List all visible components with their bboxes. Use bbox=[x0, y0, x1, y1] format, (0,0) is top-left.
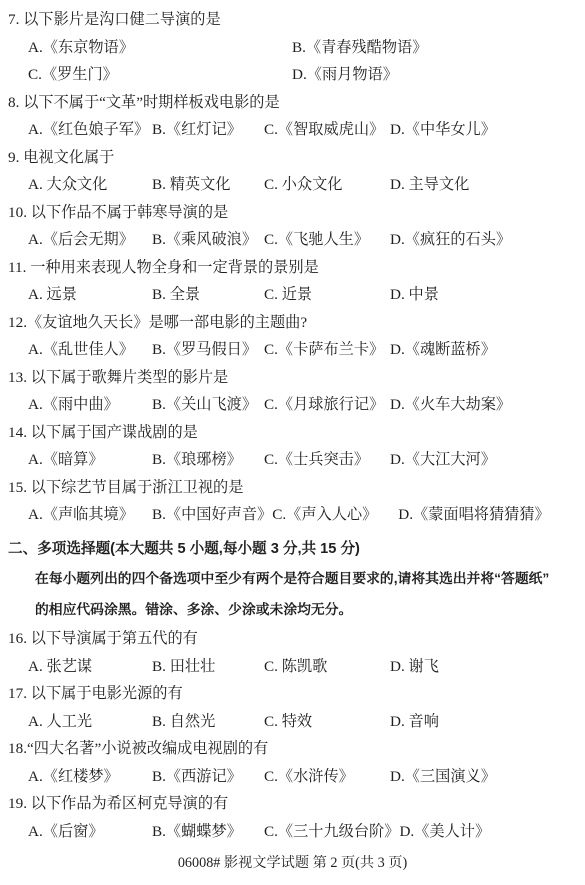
question-7-option-D: D.《雨月物语》 bbox=[292, 61, 398, 89]
question-7: 7. 以下影片是沟口健二导演的是A.《东京物语》B.《青春残酷物语》C.《罗生门… bbox=[8, 6, 577, 89]
question-19: 19. 以下作品为希区柯克导演的有A.《后窗》B.《蝴蝶梦》C.《三十九级台阶》… bbox=[8, 790, 577, 845]
question-12-option-A: A.《乱世佳人》 bbox=[28, 336, 152, 364]
question-7-options-row: A.《东京物语》B.《青春残酷物语》 bbox=[28, 34, 577, 62]
question-11-option-C: C. 近景 bbox=[264, 281, 390, 309]
question-14-options-row: A.《暗算》B.《琅琊榜》C.《士兵突击》D.《大江大河》 bbox=[28, 446, 577, 474]
question-15-option-A: A.《声临其境》 bbox=[28, 501, 152, 529]
question-9: 9. 电视文化属于A. 大众文化B. 精英文化C. 小众文化D. 主导文化 bbox=[8, 144, 577, 199]
question-7-option-A: A.《东京物语》 bbox=[28, 34, 292, 62]
question-10: 10. 以下作品不属于韩寒导演的是A.《后会无期》B.《乘风破浪》C.《飞驰人生… bbox=[8, 199, 577, 254]
question-18-option-D: D.《三国演义》 bbox=[390, 763, 496, 791]
question-13-options-row: A.《雨中曲》B.《关山飞渡》C.《月球旅行记》D.《火车大劫案》 bbox=[28, 391, 577, 419]
question-15-option-D: D.《蒙面唱将猜猜猜》 bbox=[398, 501, 549, 529]
page-footer: 06008# 影视文学试题 第 2 页(共 3 页) bbox=[8, 850, 577, 876]
question-17-option-C: C. 特效 bbox=[264, 708, 390, 736]
question-16-option-A: A. 张艺谋 bbox=[28, 653, 152, 681]
question-9-stem: 9. 电视文化属于 bbox=[8, 144, 577, 172]
question-12: 12.《友谊地久天长》是哪一部电影的主题曲?A.《乱世佳人》B.《罗马假日》C.… bbox=[8, 309, 577, 364]
question-13-option-C: C.《月球旅行记》 bbox=[264, 391, 390, 419]
question-11-option-B: B. 全景 bbox=[152, 281, 264, 309]
question-19-option-C: C.《三十九级台阶》 bbox=[264, 818, 399, 846]
question-14-option-B: B.《琅琊榜》 bbox=[152, 446, 264, 474]
question-18-option-C: C.《水浒传》 bbox=[264, 763, 390, 791]
question-8-option-A: A.《红色娘子军》 bbox=[28, 116, 152, 144]
question-10-stem: 10. 以下作品不属于韩寒导演的是 bbox=[8, 199, 577, 227]
question-19-stem: 19. 以下作品为希区柯克导演的有 bbox=[8, 790, 577, 818]
question-8-stem: 8. 以下不属于“文革”时期样板戏电影的是 bbox=[8, 89, 577, 117]
question-17-option-D: D. 音响 bbox=[390, 708, 439, 736]
question-16-options-row: A. 张艺谋B. 田壮壮C. 陈凯歌D. 谢飞 bbox=[28, 653, 577, 681]
question-13-stem: 13. 以下属于歌舞片类型的影片是 bbox=[8, 364, 577, 392]
question-15-option-C: C.《声入人心》 bbox=[272, 501, 398, 529]
question-11-stem: 11. 一种用来表现人物全身和一定背景的景别是 bbox=[8, 254, 577, 282]
question-12-option-C: C.《卡萨布兰卡》 bbox=[264, 336, 390, 364]
question-18-option-A: A.《红楼梦》 bbox=[28, 763, 152, 791]
question-9-option-C: C. 小众文化 bbox=[264, 171, 390, 199]
question-16-stem: 16. 以下导演属于第五代的有 bbox=[8, 625, 577, 653]
question-19-option-A: A.《后窗》 bbox=[28, 818, 152, 846]
exam-page: 7. 以下影片是沟口健二导演的是A.《东京物语》B.《青春残酷物语》C.《罗生门… bbox=[0, 0, 585, 885]
question-13-option-D: D.《火车大劫案》 bbox=[390, 391, 511, 419]
question-17-option-A: A. 人工光 bbox=[28, 708, 152, 736]
question-14: 14. 以下属于国产谍战剧的是A.《暗算》B.《琅琊榜》C.《士兵突击》D.《大… bbox=[8, 419, 577, 474]
question-18-option-B: B.《西游记》 bbox=[152, 763, 264, 791]
question-14-option-C: C.《士兵突击》 bbox=[264, 446, 390, 474]
question-14-stem: 14. 以下属于国产谍战剧的是 bbox=[8, 419, 577, 447]
question-17-option-B: B. 自然光 bbox=[152, 708, 264, 736]
question-7-options-row: C.《罗生门》D.《雨月物语》 bbox=[28, 61, 577, 89]
multi-choice-section-title: 二、多项选择题(本大题共 5 小题,每小题 3 分,共 15 分) bbox=[8, 536, 577, 564]
question-10-option-C: C.《飞驰人生》 bbox=[264, 226, 390, 254]
question-17-options-row: A. 人工光B. 自然光C. 特效D. 音响 bbox=[28, 708, 577, 736]
question-7-option-C: C.《罗生门》 bbox=[28, 61, 292, 89]
question-13: 13. 以下属于歌舞片类型的影片是A.《雨中曲》B.《关山飞渡》C.《月球旅行记… bbox=[8, 364, 577, 419]
question-10-option-B: B.《乘风破浪》 bbox=[152, 226, 264, 254]
question-16-option-C: C. 陈凯歌 bbox=[264, 653, 390, 681]
question-16-option-D: D. 谢飞 bbox=[390, 653, 439, 681]
question-11-options-row: A. 远景B. 全景C. 近景D. 中景 bbox=[28, 281, 577, 309]
question-12-stem: 12.《友谊地久天长》是哪一部电影的主题曲? bbox=[8, 309, 577, 337]
question-8-options-row: A.《红色娘子军》B.《红灯记》C.《智取威虎山》D.《中华女儿》 bbox=[28, 116, 577, 144]
question-18-stem: 18.“四大名著”小说被改编成电视剧的有 bbox=[8, 735, 577, 763]
question-15-options-row: A.《声临其境》B.《中国好声音》C.《声入人心》D.《蒙面唱将猜猜猜》 bbox=[28, 501, 577, 529]
question-14-option-D: D.《大江大河》 bbox=[390, 446, 496, 474]
question-13-option-A: A.《雨中曲》 bbox=[28, 391, 152, 419]
question-18-options-row: A.《红楼梦》B.《西游记》C.《水浒传》D.《三国演义》 bbox=[28, 763, 577, 791]
single-choice-question-list: 7. 以下影片是沟口健二导演的是A.《东京物语》B.《青春残酷物语》C.《罗生门… bbox=[8, 6, 577, 529]
instruction-line-1: 在每小题列出的四个备选项中至少有两个是符合题目要求的,请将其选出并将“答题纸” bbox=[35, 563, 577, 594]
question-16: 16. 以下导演属于第五代的有A. 张艺谋B. 田壮壮C. 陈凯歌D. 谢飞 bbox=[8, 625, 577, 680]
question-9-option-B: B. 精英文化 bbox=[152, 171, 264, 199]
question-15: 15. 以下综艺节目属于浙江卫视的是A.《声临其境》B.《中国好声音》C.《声入… bbox=[8, 474, 577, 529]
question-10-option-D: D.《疯狂的石头》 bbox=[390, 226, 511, 254]
question-19-option-D: D.《美人计》 bbox=[399, 818, 490, 846]
multi-choice-instructions: 在每小题列出的四个备选项中至少有两个是符合题目要求的,请将其选出并将“答题纸” … bbox=[35, 563, 577, 625]
question-14-option-A: A.《暗算》 bbox=[28, 446, 152, 474]
question-8-option-C: C.《智取威虎山》 bbox=[264, 116, 390, 144]
question-16-option-B: B. 田壮壮 bbox=[152, 653, 264, 681]
multi-choice-question-list: 16. 以下导演属于第五代的有A. 张艺谋B. 田壮壮C. 陈凯歌D. 谢飞17… bbox=[8, 625, 577, 845]
question-9-option-D: D. 主导文化 bbox=[390, 171, 469, 199]
question-15-option-B: B.《中国好声音》 bbox=[152, 501, 272, 529]
question-15-stem: 15. 以下综艺节目属于浙江卫视的是 bbox=[8, 474, 577, 502]
question-12-option-B: B.《罗马假日》 bbox=[152, 336, 264, 364]
question-7-stem: 7. 以下影片是沟口健二导演的是 bbox=[8, 6, 577, 34]
question-19-option-B: B.《蝴蝶梦》 bbox=[152, 818, 264, 846]
question-8-option-B: B.《红灯记》 bbox=[152, 116, 264, 144]
question-17: 17. 以下属于电影光源的有A. 人工光B. 自然光C. 特效D. 音响 bbox=[8, 680, 577, 735]
question-18: 18.“四大名著”小说被改编成电视剧的有A.《红楼梦》B.《西游记》C.《水浒传… bbox=[8, 735, 577, 790]
question-17-stem: 17. 以下属于电影光源的有 bbox=[8, 680, 577, 708]
question-8: 8. 以下不属于“文革”时期样板戏电影的是A.《红色娘子军》B.《红灯记》C.《… bbox=[8, 89, 577, 144]
question-11: 11. 一种用来表现人物全身和一定背景的景别是A. 远景B. 全景C. 近景D.… bbox=[8, 254, 577, 309]
question-12-option-D: D.《魂断蓝桥》 bbox=[390, 336, 496, 364]
instruction-line-2: 的相应代码涂黑。错涂、多涂、少涂或未涂均无分。 bbox=[35, 594, 577, 625]
question-9-options-row: A. 大众文化B. 精英文化C. 小众文化D. 主导文化 bbox=[28, 171, 577, 199]
question-10-options-row: A.《后会无期》B.《乘风破浪》C.《飞驰人生》D.《疯狂的石头》 bbox=[28, 226, 577, 254]
question-13-option-B: B.《关山飞渡》 bbox=[152, 391, 264, 419]
question-11-option-A: A. 远景 bbox=[28, 281, 152, 309]
question-19-options-row: A.《后窗》B.《蝴蝶梦》C.《三十九级台阶》D.《美人计》 bbox=[28, 818, 577, 846]
question-12-options-row: A.《乱世佳人》B.《罗马假日》C.《卡萨布兰卡》D.《魂断蓝桥》 bbox=[28, 336, 577, 364]
question-8-option-D: D.《中华女儿》 bbox=[390, 116, 496, 144]
question-9-option-A: A. 大众文化 bbox=[28, 171, 152, 199]
question-7-option-B: B.《青春残酷物语》 bbox=[292, 34, 427, 62]
question-11-option-D: D. 中景 bbox=[390, 281, 439, 309]
question-10-option-A: A.《后会无期》 bbox=[28, 226, 152, 254]
